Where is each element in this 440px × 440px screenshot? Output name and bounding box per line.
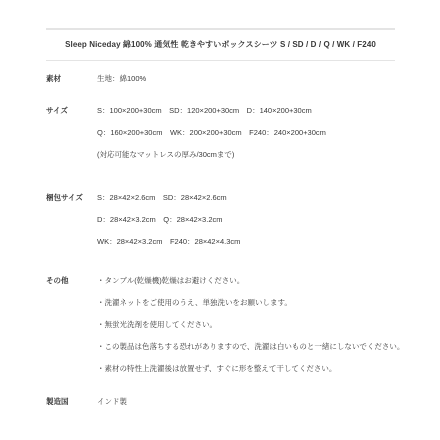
spec-label-material: 素材	[46, 68, 97, 90]
spec-line: WK：28×42×3.2cm F240：28×42×4.3cm	[97, 231, 395, 253]
spec-note-line: ・無蛍光洗剤を使用してください。	[97, 314, 404, 336]
spec-row-other: その他 ・タンブル(乾燥機)乾燥はお避けください。 ・洗濯ネットをご使用のうえ、…	[46, 270, 395, 380]
spec-label-other: その他	[46, 270, 97, 292]
spec-table: 素材 生地：綿100% サイズ S：100×200+30cm SD：120×20…	[46, 68, 395, 413]
spec-note-line: ・洗濯ネットをご使用のうえ、単独洗いをお願いします。	[97, 292, 404, 314]
spec-line: (対応可能なマットレスの厚み/30cmまで)	[97, 144, 395, 166]
spec-label-size: サイズ	[46, 100, 97, 122]
spec-line: Q：160×200+30cm WK：200×200+30cm F240：240×…	[97, 122, 395, 144]
product-spec-page: Sleep Niceday 綿100% 通気性 乾きやすいボックスシーツ S /…	[0, 0, 440, 440]
spec-row-country: 製造国 インド製	[46, 391, 395, 413]
spec-note-line: ・タンブル(乾燥機)乾燥はお避けください。	[97, 270, 404, 292]
spec-value-other: ・タンブル(乾燥機)乾燥はお避けください。 ・洗濯ネットをご使用のうえ、単独洗い…	[97, 270, 404, 380]
spec-row-material: 素材 生地：綿100%	[46, 68, 395, 90]
spec-row-package-size: 梱包サイズ S：28×42×2.6cm SD：28×42×2.6cm D：28×…	[46, 187, 395, 253]
spec-line: D：28×42×3.2cm Q：28×42×3.2cm	[97, 209, 395, 231]
spec-label-country: 製造国	[46, 391, 97, 413]
spec-label-package-size: 梱包サイズ	[46, 187, 97, 209]
spec-note-line: ・この製品は色落ちする恐れがありますので、洗濯は白いものと一緒にしないでください…	[97, 336, 404, 358]
spec-note-line: ・素材の特性上洗濯後は放置せず、すぐに形を整えて干してください。	[97, 358, 404, 380]
spec-value-country: インド製	[97, 391, 395, 413]
spec-line: インド製	[97, 391, 395, 413]
spec-line: S：28×42×2.6cm SD：28×42×2.6cm	[97, 187, 395, 209]
spec-line: 生地：綿100%	[97, 68, 395, 90]
title-bottom-divider	[46, 60, 395, 62]
spec-line: S：100×200+30cm SD：120×200+30cm D：140×200…	[97, 100, 395, 122]
spec-value-material: 生地：綿100%	[97, 68, 395, 90]
product-title: Sleep Niceday 綿100% 通気性 乾きやすいボックスシーツ S /…	[46, 34, 395, 56]
spec-value-size: S：100×200+30cm SD：120×200+30cm D：140×200…	[97, 100, 395, 166]
spec-row-size: サイズ S：100×200+30cm SD：120×200+30cm D：140…	[46, 100, 395, 166]
top-divider	[46, 28, 395, 30]
spec-value-package-size: S：28×42×2.6cm SD：28×42×2.6cm D：28×42×3.2…	[97, 187, 395, 253]
